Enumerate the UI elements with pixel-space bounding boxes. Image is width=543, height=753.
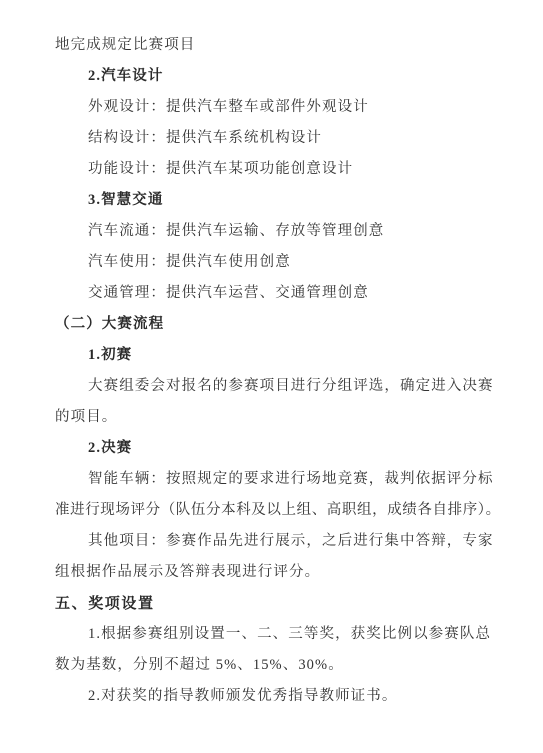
- line-car-circulation: 汽车流通：提供汽车运输、存放等管理创意: [55, 216, 493, 247]
- line-car-usage: 汽车使用：提供汽车使用创意: [55, 247, 493, 278]
- line-awards-ratio-2: 数为基数，分别不超过 5%、15%、30%。: [55, 650, 493, 681]
- line-smart-vehicle-rule-2: 准进行现场评分（队伍分本科及以上组、高职组，成绩各自排序）。: [55, 495, 493, 526]
- heading-1-preliminary-round: 1.初赛: [55, 340, 493, 371]
- heading-section-competition-process: （二）大赛流程: [55, 309, 493, 340]
- heading-2-final-round: 2.决赛: [55, 433, 493, 464]
- line-other-projects-rule-1: 其他项目：参赛作品先进行展示，之后进行集中答辩，专家: [55, 526, 493, 557]
- document-content: 地完成规定比赛项目 2.汽车设计 外观设计：提供汽车整车或部件外观设计 结构设计…: [55, 30, 493, 712]
- heading-3-smart-traffic: 3.智慧交通: [55, 185, 493, 216]
- heading-5-awards-setup: 五、奖项设置: [55, 588, 493, 619]
- line-other-projects-rule-2: 组根据作品展示及答辩表现进行评分。: [55, 557, 493, 588]
- line-traffic-management: 交通管理：提供汽车运营、交通管理创意: [55, 278, 493, 309]
- document-page: 地完成规定比赛项目 2.汽车设计 外观设计：提供汽车整车或部件外观设计 结构设计…: [0, 0, 543, 753]
- line-awards-instructor-certificate: 2.对获奖的指导教师颁发优秀指导教师证书。: [55, 681, 493, 712]
- line-exterior-design: 外观设计：提供汽车整车或部件外观设计: [55, 92, 493, 123]
- line-function-design: 功能设计：提供汽车某项功能创意设计: [55, 154, 493, 185]
- line-structure-design: 结构设计：提供汽车系统机构设计: [55, 123, 493, 154]
- line-smart-vehicle-rule-1: 智能车辆：按照规定的要求进行场地竞赛，裁判依据评分标: [55, 464, 493, 495]
- line-preliminary-desc-1: 大赛组委会对报名的参赛项目进行分组评选，确定进入决赛: [55, 371, 493, 402]
- line-continuation-competition-items: 地完成规定比赛项目: [55, 30, 493, 61]
- line-preliminary-desc-2: 的项目。: [55, 402, 493, 433]
- heading-2-car-design: 2.汽车设计: [55, 61, 493, 92]
- line-awards-ratio-1: 1.根据参赛组别设置一、二、三等奖，获奖比例以参赛队总: [55, 619, 493, 650]
